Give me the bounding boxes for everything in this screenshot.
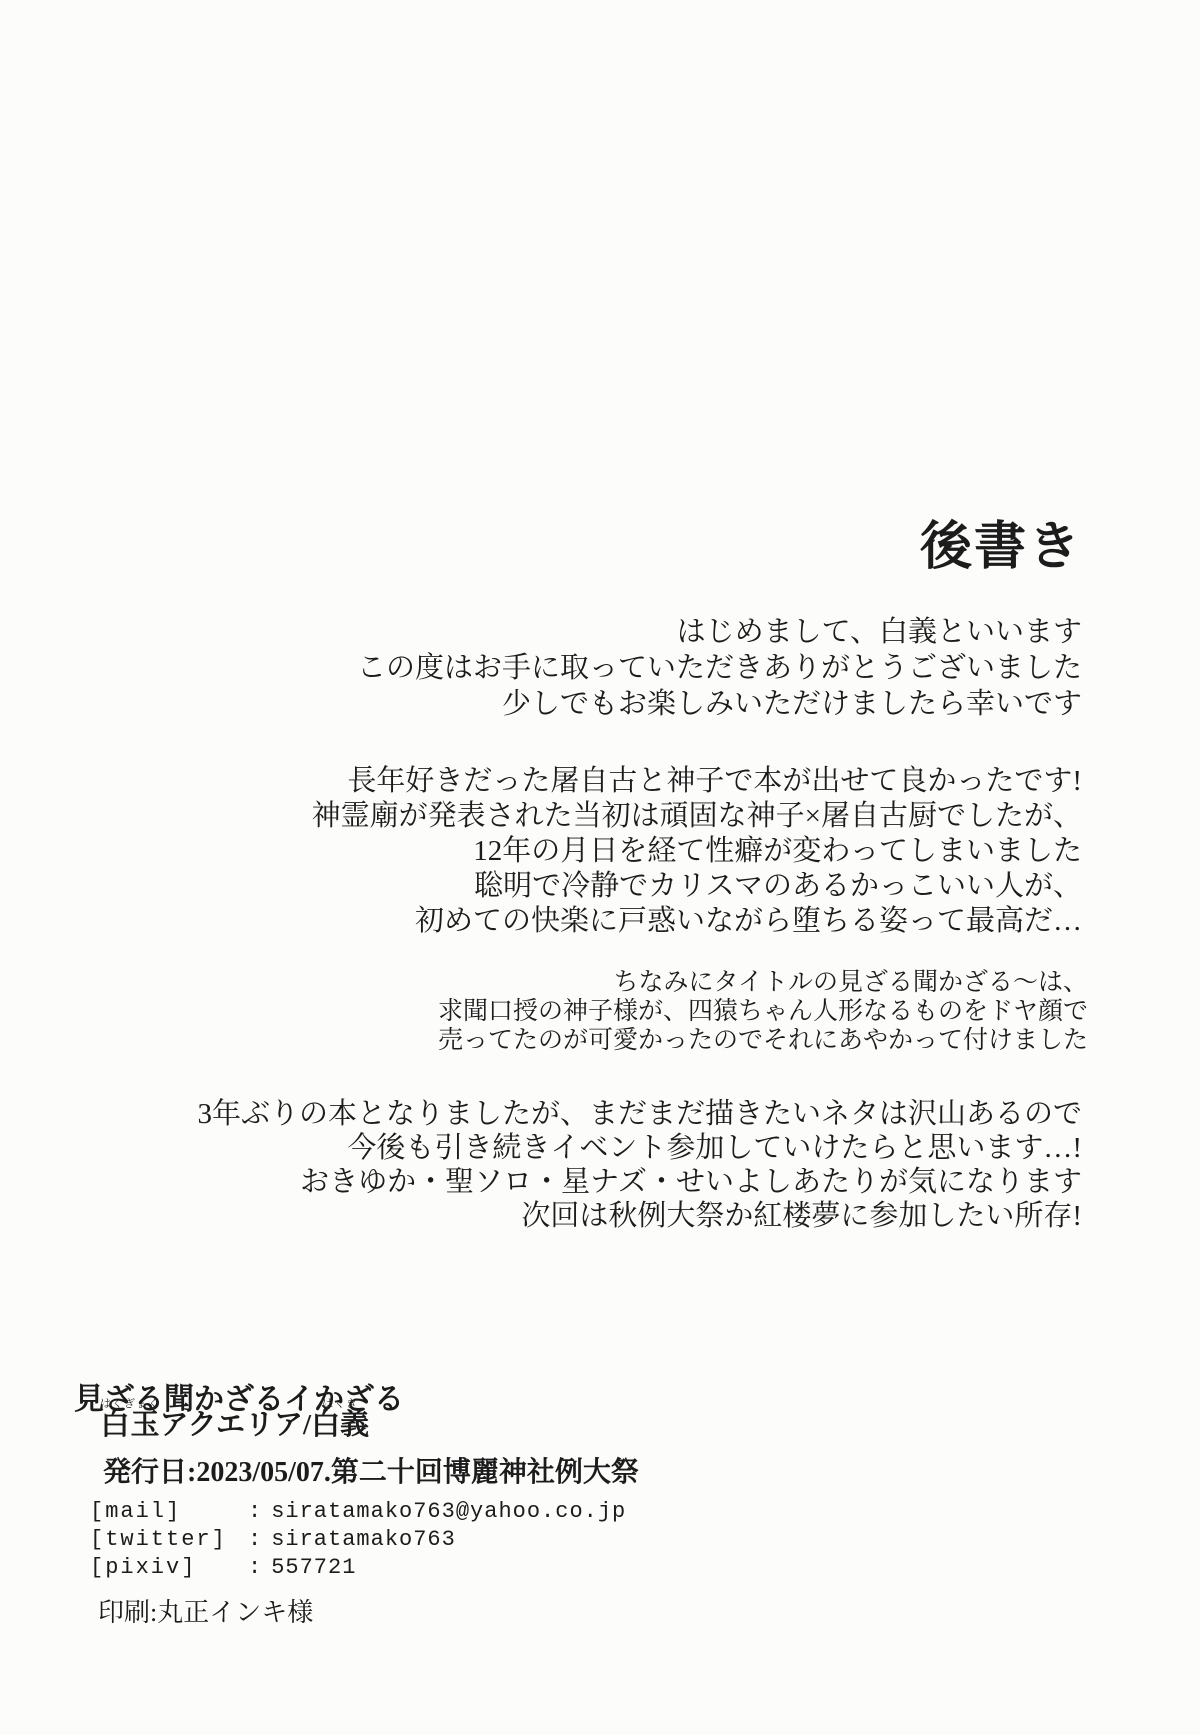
contact-row-twitter: [twitter]:siratamako763	[90, 1526, 626, 1554]
text-line: 次回は秋例大祭か紅楼夢に参加したい所存!	[197, 1199, 1082, 1233]
contact-separator: :	[248, 1554, 261, 1582]
contact-label: [twitter]	[90, 1526, 248, 1554]
text-line: この度はお手に取っていただきありがとうございました	[357, 650, 1082, 686]
author-furigana: はくぎ	[311, 1398, 369, 1410]
text-line: 聡明で冷静でカリスマのあるかっこいい人が、	[312, 869, 1082, 904]
text-line: 今後も引き続きイベント参加していけたらと思います…!	[197, 1131, 1082, 1165]
text-line: 長年好きだった屠自古と神子で本が出せて良かったです!	[312, 764, 1082, 799]
circle-kanji: 白玉	[100, 1409, 160, 1441]
text-line: ちなみにタイトルの見ざる聞かざる〜は、	[438, 968, 1088, 997]
contact-row-mail: [mail]:siratamako763@yahoo.co.jp	[90, 1498, 626, 1526]
text-line: 初めての快楽に戸惑いながら堕ちる姿って最高だ…	[312, 904, 1082, 939]
contact-label: [pixiv]	[90, 1554, 248, 1582]
text-line: おきゆか・聖ソロ・星ナズ・せいよしあたりが気になります	[197, 1165, 1082, 1199]
circle-name: 白玉はくぎょく	[100, 1409, 160, 1441]
text-line: 12年の月日を経て性癖が変わってしまいました	[312, 834, 1082, 869]
text-line: はじめまして、白義といいます	[357, 614, 1082, 650]
paragraph-greeting: はじめまして、白義といいます この度はお手に取っていただきありがとうございました…	[357, 614, 1082, 722]
paragraph-future-plans: 3年ぶりの本となりましたが、まだまだ描きたいネタは沢山あるので 今後も引き続きイ…	[197, 1097, 1082, 1233]
author-kanji: 白義	[311, 1409, 369, 1441]
paragraph-title-note: ちなみにタイトルの見ざる聞かざる〜は、 求聞口授の神子様が、四猿ちゃん人形なるも…	[438, 968, 1088, 1055]
printer-line: 印刷:丸正インキ様	[98, 1592, 313, 1629]
paragraph-main-comment: 長年好きだった屠自古と神子で本が出せて良かったです! 神霊廟が発表された当初は頑…	[312, 764, 1082, 939]
contact-label: [mail]	[90, 1498, 248, 1526]
page-title: 後書き	[920, 522, 1082, 574]
text-line: 神霊廟が発表された当初は頑固な神子×屠自古厨でしたが、	[312, 799, 1082, 834]
text-line: 3年ぶりの本となりましたが、まだまだ描きたいネタは沢山あるので	[197, 1097, 1082, 1131]
author-name: 白義はくぎ	[311, 1409, 369, 1441]
contact-value: siratamako763@yahoo.co.jp	[271, 1499, 626, 1524]
contact-value: 557721	[271, 1555, 356, 1580]
contact-separator: :	[248, 1498, 261, 1526]
contact-list: [mail]:siratamako763@yahoo.co.jp [twitte…	[90, 1498, 626, 1582]
contact-separator: :	[248, 1526, 261, 1554]
text-line: 少しでもお楽しみいただけましたら幸いです	[357, 686, 1082, 722]
author-line: 白玉はくぎょくアクエリア/白義はくぎ	[100, 1398, 369, 1443]
circle-furigana: はくぎょく	[100, 1398, 160, 1410]
contact-row-pixiv: [pixiv]:557721	[90, 1554, 626, 1582]
text-line: 求聞口授の神子様が、四猿ちゃん人形なるものをドヤ顔で	[438, 997, 1088, 1026]
publish-date-line: 発行日:2023/05/07.第二十回博麗神社例大祭	[103, 1450, 639, 1490]
afterword-page: 後書き はじめまして、白義といいます この度はお手に取っていただきありがとうござ…	[0, 0, 1200, 1735]
contact-value: siratamako763	[271, 1527, 456, 1552]
text-line: 売ってたのが可愛かったのでそれにあやかって付けました	[438, 1026, 1088, 1055]
circle-suffix: アクエリア/	[160, 1409, 312, 1441]
